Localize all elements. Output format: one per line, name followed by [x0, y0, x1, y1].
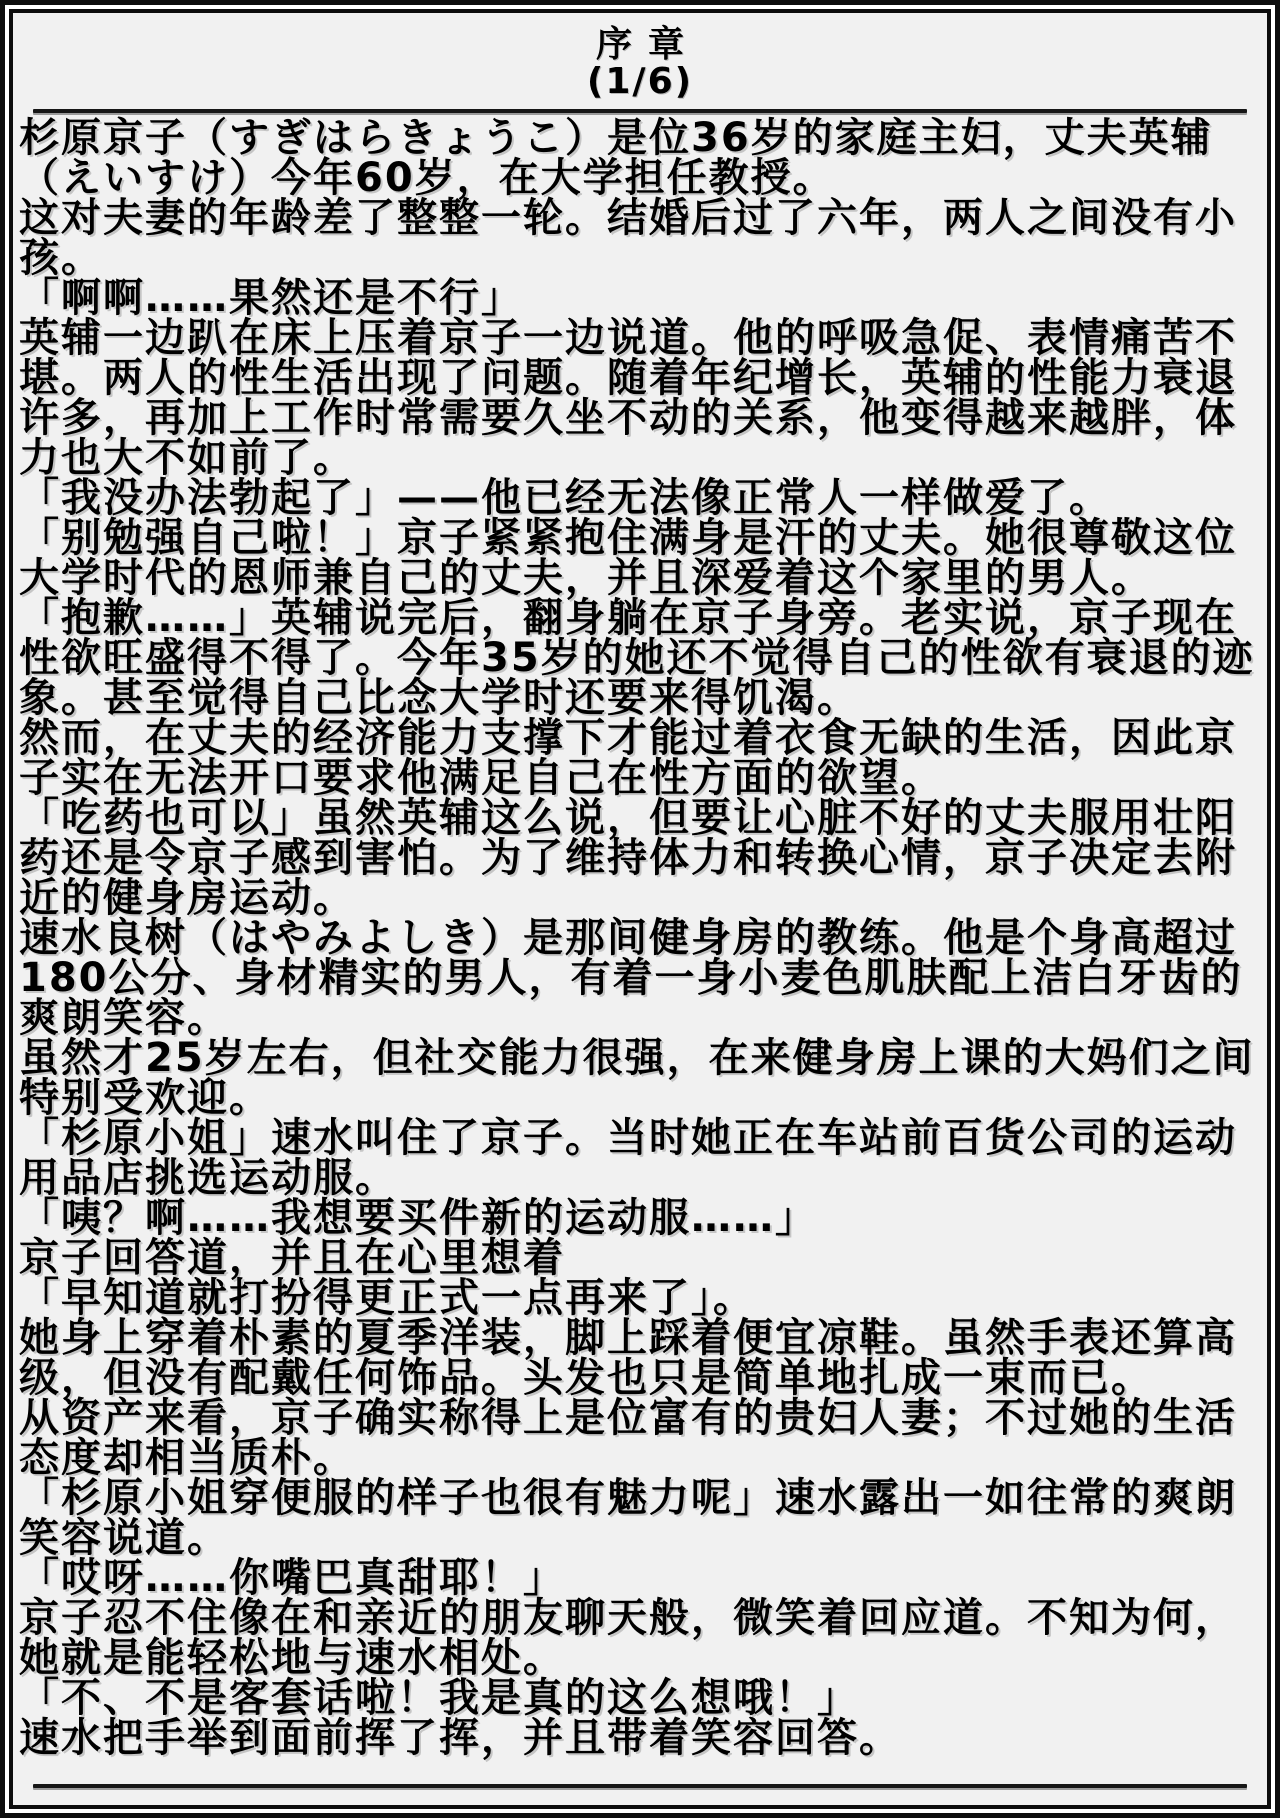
paragraph: 京子回答道，并且在心里想着 [19, 1238, 1261, 1278]
paragraph: 然而，在丈夫的经济能力支撑下才能过着衣食无缺的生活，因此京子实在无法开口要求他满… [19, 718, 1261, 798]
paragraph: 「杉原小姐」速水叫住了京子。当时她正在车站前百货公司的运动用品店挑选运动服。 [19, 1118, 1261, 1198]
page-indicator: (1/6) [19, 63, 1261, 101]
paragraph: 「杉原小姐穿便服的样子也很有魅力呢」速水露出一如往常的爽朗笑容说道。 [19, 1478, 1261, 1558]
paragraph: 京子忍不住像在和亲近的朋友聊天般，微笑着回应道。不知为何，她就是能轻松地与速水相… [19, 1598, 1261, 1678]
chapter-title: 序章 [19, 27, 1261, 63]
paragraph: 速水把手举到面前挥了挥，并且带着笑容回答。 [19, 1718, 1261, 1758]
paragraph: 从资产来看，京子确实称得上是位富有的贵妇人妻；不过她的生活态度却相当质朴。 [19, 1398, 1261, 1478]
paragraph: 「抱歉……」英辅说完后，翻身躺在京子身旁。老实说，京子现在性欲旺盛得不得了。今年… [19, 598, 1261, 718]
paragraph: 「不、不是客套话啦！我是真的这么想哦！」 [19, 1678, 1261, 1718]
paragraph: 「别勉强自己啦！」京子紧紧抱住满身是汗的丈夫。她很尊敬这位大学时代的恩师兼自己的… [19, 518, 1261, 598]
paragraph: 「吃药也可以」虽然英辅这么说，但要让心脏不好的丈夫服用壮阳药还是令京子感到害怕。… [19, 798, 1261, 918]
page-inner-frame: 序章 (1/6) 杉原京子（すぎはらきょうこ）是位36岁的家庭主妇，丈夫英辅（え… [9, 9, 1271, 1809]
story-text: 杉原京子（すぎはらきょうこ）是位36岁的家庭主妇，丈夫英辅（えいすけ）今年60岁… [19, 113, 1261, 1758]
paragraph: 「我没办法勃起了」——他已经无法像正常人一样做爱了。 [19, 478, 1261, 518]
paragraph: 「哎呀……你嘴巴真甜耶！」 [19, 1558, 1261, 1598]
paragraph: 虽然才25岁左右，但社交能力很强，在来健身房上课的大妈们之间特别受欢迎。 [19, 1038, 1261, 1118]
paragraph: 英辅一边趴在床上压着京子一边说道。他的呼吸急促、表情痛苦不堪。两人的性生活出现了… [19, 318, 1261, 478]
paragraph: 速水良树（はやみよしき）是那间健身房的教练。他是个身高超过180公分、身材精实的… [19, 918, 1261, 1038]
bottom-divider [33, 1784, 1247, 1788]
document-page: 序章 (1/6) 杉原京子（すぎはらきょうこ）是位36岁的家庭主妇，丈夫英辅（え… [0, 0, 1280, 1818]
paragraph: 「早知道就打扮得更正式一点再来了」。 [19, 1278, 1261, 1318]
paragraph: 这对夫妻的年龄差了整整一轮。结婚后过了六年，两人之间没有小孩。 [19, 198, 1261, 278]
paragraph: 她身上穿着朴素的夏季洋装，脚上踩着便宜凉鞋。虽然手表还算高级，但没有配戴任何饰品… [19, 1318, 1261, 1398]
paragraph: 杉原京子（すぎはらきょうこ）是位36岁的家庭主妇，丈夫英辅（えいすけ）今年60岁… [19, 118, 1261, 198]
paragraph: 「咦？啊……我想要买件新的运动服……」 [19, 1198, 1261, 1238]
paragraph: 「啊啊……果然还是不行」 [19, 278, 1261, 318]
page-header: 序章 (1/6) [19, 27, 1261, 101]
